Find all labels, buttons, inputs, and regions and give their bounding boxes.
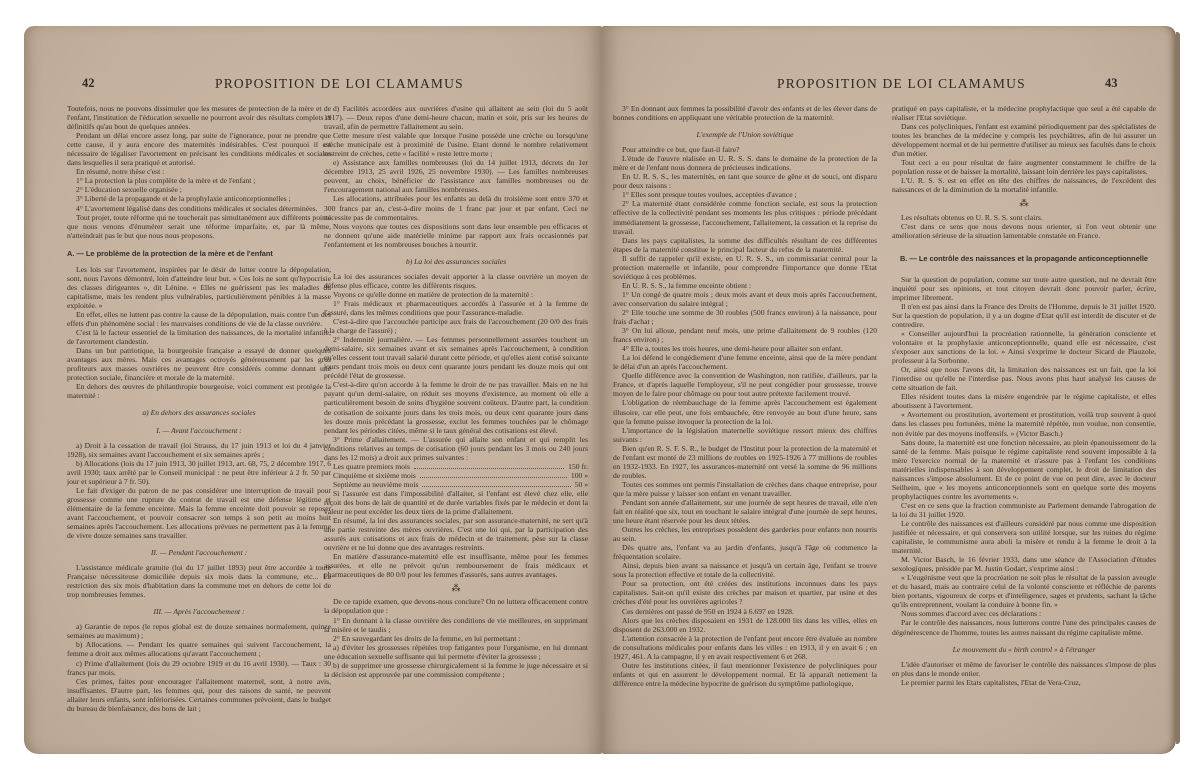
paragraph: 1° Elles sont presque toutes voulues, ac…	[613, 190, 877, 199]
paragraph: 3° Liberté de la propagande et de la pro…	[67, 194, 331, 203]
paragraph: c) Prime d'allaitement (lois du 29 octob…	[67, 659, 331, 677]
text-column: pratiqué en pays capitaliste, et la méde…	[892, 104, 1156, 687]
subheading: a) En dehors des assurances sociales	[67, 408, 331, 417]
subheading: III. — Après l'accouchement :	[67, 607, 331, 616]
paragraph: Ainsi, depuis bien avant sa naissance et…	[613, 561, 877, 579]
paragraph: Ces dernières ont passé de 950 en 1924 à…	[613, 607, 877, 616]
paragraph: En matière d'assurance-maternité elle es…	[324, 552, 588, 579]
paragraph: b) Allocations (lois du 17 juin 1913, 30…	[67, 459, 331, 486]
paragraph: 1° Frais médicaux et pharmaceutiques acc…	[324, 299, 588, 317]
paragraph: Tout ceci a eu pour résultat de faire au…	[892, 158, 1156, 176]
paragraph: Dès quatre ans, l'enfant va au jardin d'…	[613, 543, 877, 561]
paragraph: Nous sommes d'accord avec ces déclaratio…	[892, 609, 1156, 618]
running-head: PROPOSITION DE LOI CLAMAMUS	[215, 76, 464, 92]
paragraph: Les allocations, attribuées pour les enf…	[324, 194, 588, 221]
paragraph: Toutefois, nous ne pouvons dissimuler qu…	[67, 104, 331, 131]
paragraph: b) de supprimer une grossesse chirurgica…	[324, 661, 588, 679]
paragraph: 3° Prime d'allaitement. — L'assurée qui …	[324, 435, 588, 462]
dot-leader	[414, 462, 564, 469]
paragraph: C'est-à-dire que l'accouchée participe a…	[324, 317, 588, 335]
paragraph: Pendant un délai encore assez long, par …	[67, 131, 331, 167]
running-head: PROPOSITION DE LOI CLAMAMUS	[777, 76, 1026, 92]
asterism-divider: ⁂	[892, 199, 1156, 208]
paragraph: Le contrôle des naissances est d'ailleur…	[892, 519, 1156, 555]
paragraph: La loi défend le congédiement d'une femm…	[613, 353, 877, 371]
text-column: d) Facilités accordées aux ouvrières d'u…	[324, 104, 588, 679]
paragraph: Le premier parmi les Etats capitalistes,…	[892, 678, 1156, 687]
paragraph: Dans un but patriotique, la bourgeoisie …	[67, 346, 331, 382]
paragraph: Cette mesure n'est valable que lorsque l…	[324, 131, 588, 158]
paragraph: Les résultats obtenus en U. R. S. S. son…	[892, 213, 1156, 222]
paragraph: Bien qu'en R. S. F. S. R., le budget de …	[613, 444, 877, 480]
paragraph: C'est en ce sens que la fraction communi…	[892, 501, 1156, 519]
paragraph: Outres les crèches, les entreprises poss…	[613, 525, 877, 543]
paragraph: Nous voyons que toutes ces dispositions …	[324, 222, 588, 249]
table-row: Les quatre premiers mois150 fr.	[324, 462, 588, 471]
subheading: b) La loi des assurances sociales	[324, 257, 588, 266]
paragraph: En dehors des œuvres de philanthropie bo…	[67, 382, 331, 400]
paragraph: Sur la question de population, comme sur…	[892, 275, 1156, 302]
table-row: Cinquième et sixième mois100 »	[324, 471, 588, 480]
row-value: 50 »	[575, 480, 588, 489]
paragraph: « L'eugénisme veut que la procréation ne…	[892, 573, 1156, 609]
paragraph: De ce rapide examen, que devons-nous con…	[324, 597, 588, 615]
subheading: II. — Pendant l'accouchement :	[67, 548, 331, 557]
paragraph: Dans ces polycliniques, l'enfant est exa…	[892, 122, 1156, 158]
paragraph: 2° L'éducation sexuelle organisée ;	[67, 185, 331, 194]
paragraph: Il n'en est pas ainsi dans la France des…	[892, 302, 1156, 329]
paragraph: Par le contrôle des naissances, nous lut…	[892, 618, 1156, 636]
paragraph: Pour sa protection, ont été créées des i…	[613, 579, 877, 606]
paragraph: 2° Indemnité journalière. — Les femmes p…	[324, 335, 588, 380]
paragraph: Alors que les crèches disposaient en 193…	[613, 616, 877, 634]
paragraph: En U. R. S. S., la femme enceinte obtien…	[613, 281, 877, 290]
paragraph: 4° Elle a, toutes les trois heures, une …	[613, 344, 877, 353]
dot-leader	[420, 471, 567, 478]
asterism-divider: ⁂	[324, 584, 588, 593]
paragraph: C'est dans ce sens que nous devons nous …	[892, 222, 1156, 240]
paragraph: Voyons ce qu'elle donne en matière de pr…	[324, 290, 588, 299]
paragraph: 3° On lui alloue, pendant neuf mois, une…	[613, 326, 877, 344]
subheading: I. — Avant l'accouchement :	[67, 426, 331, 435]
paragraph: L'idée d'autoriser et même de favoriser …	[892, 660, 1156, 678]
paragraph: En U. R. S. S., les maternités, en tant …	[613, 172, 877, 190]
paragraph: a) Garantie de repos (le repos global es…	[67, 622, 331, 640]
paragraph: L'obligation de réembauchage de la femme…	[613, 398, 877, 425]
paragraph: Le fait d'exiger du patron de ne pas con…	[67, 486, 331, 540]
paragraph: Si l'assurée est dans l'impossibilité d'…	[324, 489, 588, 516]
paragraph: Toutes ces sommes ont permis l'installat…	[613, 480, 877, 498]
paragraph: 4° L'avortement légalisé dans des condit…	[67, 204, 331, 213]
paragraph: Pendant son année d'allaitement, sur une…	[613, 498, 877, 525]
paragraph: 2° La maternité étant considérée comme f…	[613, 199, 877, 235]
table-row: Septième au neuvième mois50 »	[324, 480, 588, 489]
paragraph: L'importance de la législation maternell…	[613, 426, 877, 444]
paragraph: 1° En donnant à la classe ouvrière des c…	[324, 616, 588, 634]
paragraph: L'U. R. S. S. est en effet en tête des c…	[892, 176, 1156, 194]
row-label: Septième au neuvième mois	[333, 480, 418, 489]
paragraph: En résumé, la loi des assurances sociale…	[324, 516, 588, 552]
page-number: 42	[82, 76, 95, 91]
subheading: L'exemple de l'Union soviétique	[613, 130, 877, 139]
paragraph: Elles résident toutes dans la misère eng…	[892, 392, 1156, 410]
dot-leader	[422, 480, 570, 487]
paragraph: Ces primes, faites pour encourager l'all…	[67, 677, 331, 713]
text-column: 3° En donnant aux femmes la possibilité …	[613, 104, 877, 688]
paragraph: L'assistance médicale gratuite (loi du 1…	[67, 563, 331, 599]
paragraph: e) Assistance aux familles nombreuses (l…	[324, 158, 588, 194]
paragraph: Les lois sur l'avortement, inspirées par…	[67, 265, 331, 310]
paragraph: Outre les institutions citées, il faut m…	[613, 661, 877, 688]
paragraph: Tout projet, toute réforme qui ne touche…	[67, 213, 331, 240]
page-number: 43	[1105, 76, 1118, 91]
paragraph: a) d'éviter les grossesses répétées trop…	[324, 643, 588, 661]
subheading: Le mouvement du « birth control » à l'ét…	[892, 645, 1156, 654]
paragraph: 1° La protection la plus complète de la …	[67, 176, 331, 185]
paragraph: L'attention consacrée à la protection de…	[613, 634, 877, 661]
paragraph: Dans les pays capitalistes, la somme des…	[613, 236, 877, 254]
paragraph: En effet, elles ne luttent pas contre la…	[67, 310, 331, 328]
row-label: Les quatre premiers mois	[333, 462, 410, 471]
paragraph: a) Droit à la cessation de travail (loi …	[67, 441, 331, 459]
row-label: Cinquième et sixième mois	[333, 471, 416, 480]
paragraph: Il suffit de rappeler qu'il existe, en U…	[613, 254, 877, 281]
paragraph: Pour atteindre ce but, que faut-il faire…	[613, 145, 877, 154]
paragraph: d) Facilités accordées aux ouvrières d'u…	[324, 104, 588, 131]
right-page: PROPOSITION DE LOI CLAMAMUS 43 3° En don…	[602, 26, 1176, 754]
paragraph: Or, ainsi que nous l'avons dit, la limit…	[892, 365, 1156, 392]
paragraph: 2° En sauvegardant les droits de la femm…	[324, 634, 588, 643]
paragraph: b) Allocations. — Pendant les quatre sem…	[67, 640, 331, 658]
row-value: 100 »	[571, 471, 588, 480]
paragraph: « Conseiller aujourd'hui la procréation …	[892, 329, 1156, 365]
paragraph: Sans doute, la maternité est une fonctio…	[892, 438, 1156, 501]
paragraph: 2° Elle touche une somme de 30 roubles (…	[613, 308, 877, 326]
paragraph: C'est-à-dire qu'on accorde à la femme le…	[324, 380, 588, 434]
paragraph: Quelle différence avec la convention de …	[613, 371, 877, 398]
section-heading: B. — Le contrôle des naissances et la pr…	[892, 254, 1156, 263]
text-column: Toutefois, nous ne pouvons dissimuler qu…	[67, 104, 331, 713]
paragraph: La loi des assurances sociales devait ap…	[324, 272, 588, 290]
book-spread: 42 PROPOSITION DE LOI CLAMAMUS Toutefois…	[24, 26, 1176, 754]
left-page: 42 PROPOSITION DE LOI CLAMAMUS Toutefois…	[24, 26, 602, 754]
paragraph: En résumé, notre thèse c'est :	[67, 167, 331, 176]
paragraph: M. Victor Basch, le 16 février 1933, dan…	[892, 555, 1156, 573]
paragraph: 1° Un congé de quatre mois ; deux mois a…	[613, 290, 877, 308]
paragraph: pratiqué en pays capitaliste, et la méde…	[892, 104, 1156, 122]
paragraph: L'étude de l'œuvre réalisée en U. R. S. …	[613, 154, 877, 172]
paragraph: « Avortement ou prostitution, avortement…	[892, 410, 1156, 437]
paragraph: C'est là le facteur essentiel de la limi…	[67, 328, 331, 346]
paragraph: 3° En donnant aux femmes la possibilité …	[613, 104, 877, 122]
row-value: 150 fr.	[568, 462, 588, 471]
section-heading: A. — Le problème de la protection de la …	[67, 249, 331, 258]
